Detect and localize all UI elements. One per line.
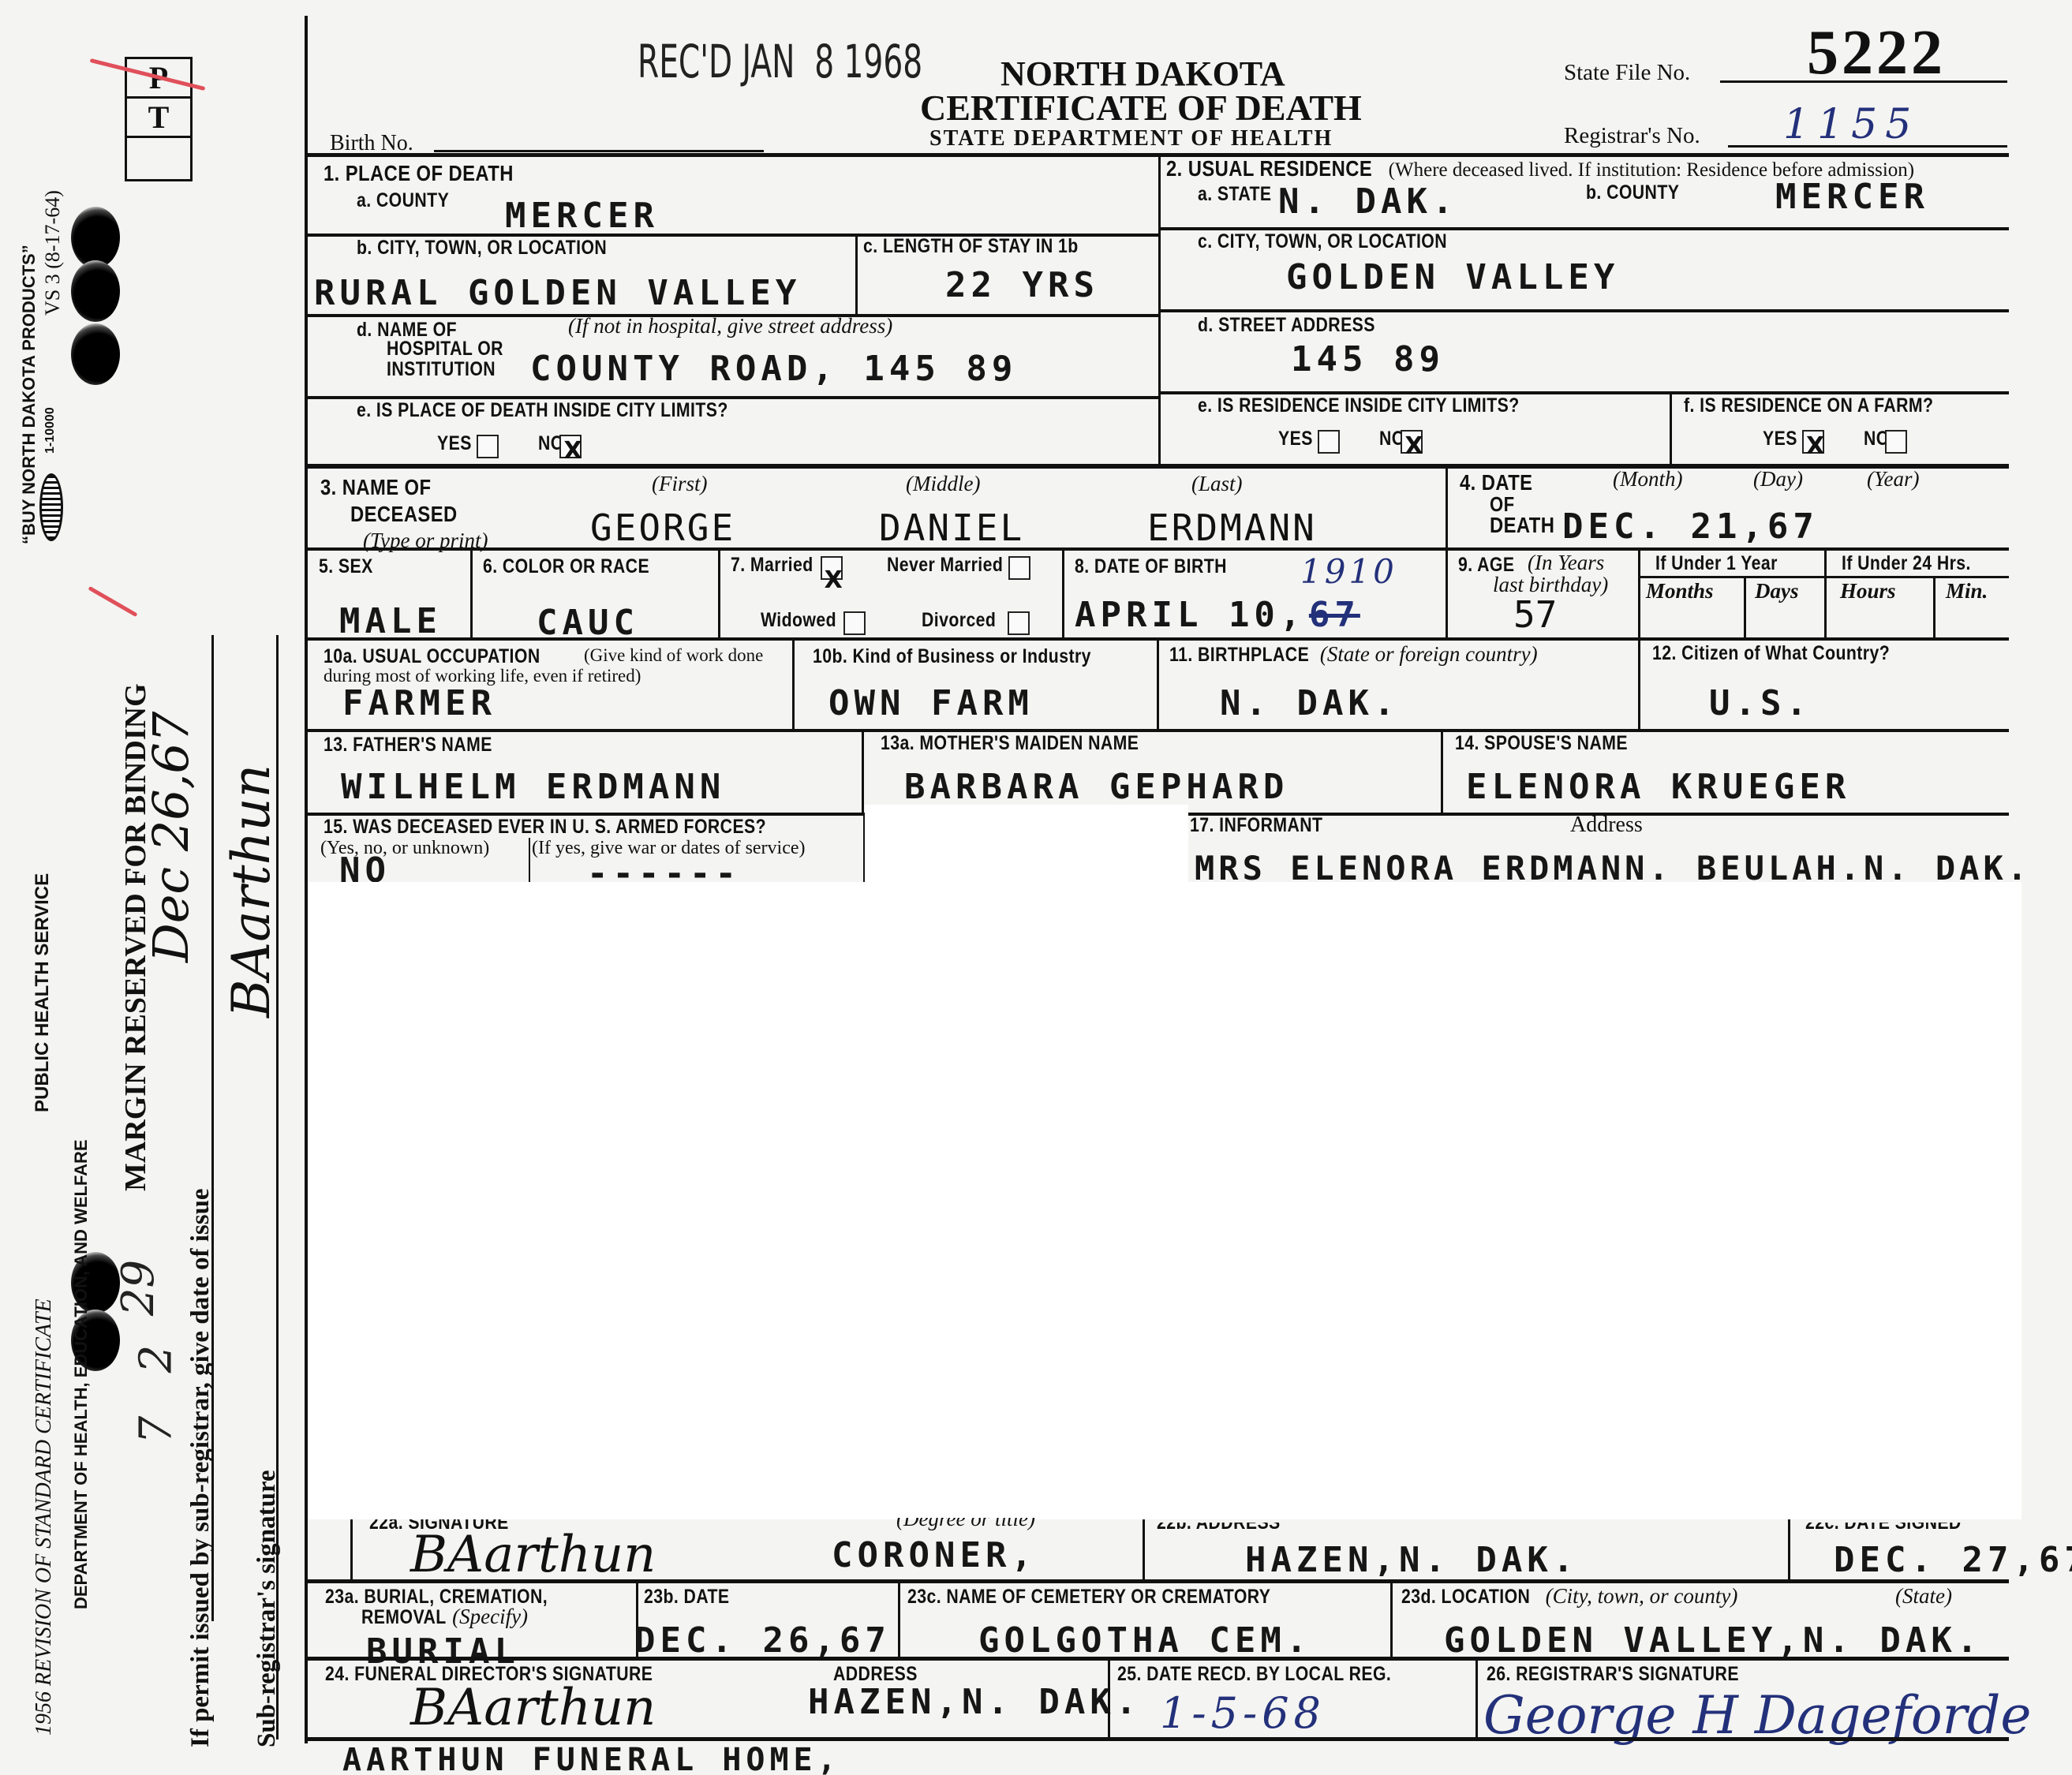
dept-text: DEPARTMENT OF HEALTH, EDUCATION, AND WEL… — [71, 1139, 92, 1609]
form-code: VS 3 (8-17-64) — [41, 190, 65, 316]
mother-value: BARBARA GEPHARD — [904, 767, 1288, 807]
mother-label: 13a. MOTHER'S MAIDEN NAME — [881, 732, 1139, 755]
rule-row-23 — [305, 1579, 2009, 1583]
marital-status-widowed: Widowed — [761, 609, 866, 635]
race-label: 6. COLOR OR RACE — [483, 555, 649, 578]
never-married-checkbox[interactable] — [1008, 556, 1030, 580]
divider-22a-22b — [1143, 1519, 1145, 1581]
rule-under-split — [1638, 576, 2009, 578]
registrar-no-label: Registrar's No. — [1564, 123, 1700, 149]
divider-13a-14 — [1441, 729, 1443, 814]
location-value: GOLDEN VALLEY,N. DAK. — [1444, 1620, 1982, 1661]
ur-inside-yes-checkbox[interactable] — [1318, 430, 1340, 454]
divorced-label: Divorced — [922, 609, 996, 632]
ur-yes-label: YES — [1278, 428, 1313, 450]
first-name-value: GEORGE — [590, 506, 735, 549]
last-name-label: (Last) — [1191, 472, 1243, 496]
pod-city-label: b. CITY, TOWN, OR LOCATION — [357, 237, 607, 260]
certifier-signature: BAarthun — [410, 1526, 656, 1584]
spouse-value: ELENORA KRUEGER — [1466, 767, 1850, 807]
registrar-no-line — [1728, 145, 2007, 148]
pod-city-value: RURAL GOLDEN VALLEY — [314, 273, 801, 313]
dod-month-label: (Month) — [1613, 467, 1682, 491]
birthplace-hint: (State or foreign country) — [1320, 642, 1538, 666]
widowed-label: Widowed — [761, 609, 836, 632]
first-name-label: (First) — [652, 472, 708, 496]
dod-day-label: (Day) — [1753, 467, 1803, 491]
name-label-1: 3. NAME OF — [320, 475, 431, 500]
rule-row-24 — [305, 1657, 2009, 1661]
divider-8-9 — [1446, 547, 1448, 639]
divider-15-service — [529, 838, 530, 882]
dob-value: APRIL 10, 67 — [1075, 595, 1360, 635]
middle-name-label: (Middle) — [906, 472, 980, 496]
father-value: WILHELM ERDMANN — [341, 767, 725, 807]
union-bug-icon — [39, 473, 63, 541]
under-1-year-label: If Under 1 Year — [1655, 552, 1778, 575]
divider-6-7 — [718, 547, 720, 639]
pod-hospital-value: COUNTY ROAD, 145 89 — [530, 349, 1017, 389]
dob-label: 8. DATE OF BIRTH — [1075, 555, 1227, 578]
armed-forces-label: 15. WAS DECEASED EVER IN U. S. ARMED FOR… — [324, 816, 766, 839]
sex-value: MALE — [339, 601, 442, 641]
date-of-death-value: DEC. 21,67 — [1562, 506, 1819, 547]
disposition-label-2-row: REMOVAL (Specify) — [361, 1605, 528, 1629]
divider-2e-2f — [1670, 391, 1672, 467]
ur-inside-city-options: YES NO X — [1278, 428, 1423, 454]
divider-hours-min — [1933, 576, 1935, 639]
middle-name-value: DANIEL — [879, 506, 1024, 549]
pod-hospital-label-2: HOSPITAL OR — [387, 338, 503, 361]
location-label: 23d. LOCATION — [1401, 1586, 1530, 1609]
birthplace-label: 11. BIRTHPLACE — [1169, 644, 1309, 667]
divider-25-26 — [1475, 1658, 1478, 1739]
cemetery-value: GOLGOTHA CEM. — [978, 1620, 1311, 1661]
birthplace-value: N. DAK. — [1220, 683, 1399, 723]
received-stamp: REC'D JAN 8 1968 — [638, 35, 922, 88]
marital-status-divorced: Divorced — [922, 609, 1030, 635]
name-label-2: DECEASED — [350, 502, 458, 527]
ur-farm-yes-label: YES — [1763, 428, 1797, 450]
divider-22-left — [350, 1519, 353, 1581]
certifier-address: HAZEN,N. DAK. — [1245, 1540, 1578, 1580]
location-hint: (City, town, or county) — [1546, 1584, 1738, 1608]
pod-inside-city-options: YES NO X — [437, 432, 582, 458]
never-married-label: Never Married — [887, 554, 1003, 577]
pod-yes-checkbox[interactable] — [477, 435, 499, 458]
punch-hole-2 — [71, 260, 120, 322]
pt-box-empty — [127, 138, 190, 177]
divider-23b-23c — [898, 1581, 900, 1658]
rule-row-13 — [305, 729, 2009, 732]
divider-11-12 — [1638, 637, 1640, 731]
hand-number-7: 7 — [130, 1416, 181, 1444]
occupation-value: FARMER — [342, 683, 496, 723]
phs-text: PUBLIC HEALTH SERVICE — [32, 873, 54, 1112]
citizen-value: U.S. — [1709, 683, 1812, 723]
father-label: 13. FATHER'S NAME — [324, 734, 492, 757]
dob-struck-year: 67 — [1309, 595, 1360, 635]
divider-24-25 — [1108, 1658, 1110, 1739]
months-label: Months — [1646, 579, 1714, 603]
certificate-title: CERTIFICATE OF DEATH — [920, 87, 1362, 129]
pt-box-t: T — [127, 99, 190, 138]
divider-7-8 — [1062, 547, 1064, 639]
cemetery-label: 23c. NAME OF CEMETERY OR CREMATORY — [907, 1586, 1270, 1609]
divider-5-6 — [470, 547, 473, 639]
pod-yes-label: YES — [437, 432, 472, 455]
subreg-signature: BAarthun — [221, 764, 282, 1018]
ur-street-value: 145 89 — [1291, 339, 1445, 379]
disposition-hint: (Specify) — [452, 1605, 528, 1628]
location-header: 23d. LOCATION (City, town, or county) — [1401, 1584, 1737, 1609]
dod-year-label: (Year) — [1867, 467, 1920, 491]
marital-status-never: Never Married — [887, 554, 1030, 580]
dob-typed: APRIL 10, — [1075, 595, 1305, 635]
married-label: 7. Married — [731, 554, 813, 577]
funeral-home-name: AARTHUN FUNERAL HOME, — [342, 1742, 841, 1775]
divorced-checkbox[interactable] — [1008, 611, 1030, 635]
registrar-no-value: 1155 — [1783, 101, 1919, 148]
printer-code: 1-10000 — [43, 407, 58, 454]
rule-bottom — [305, 1737, 2009, 1741]
ur-farm-no-checkbox[interactable] — [1885, 430, 1907, 454]
redacted-region-middle — [865, 805, 1188, 891]
pod-hospital-hint: (If not in hospital, give street address… — [568, 314, 892, 338]
red-check-mark-2 — [88, 586, 137, 617]
local-reg-date: 1-5-68 — [1160, 1688, 1326, 1738]
informant-address-label: Address — [1570, 813, 1643, 838]
funeral-address-value: HAZEN,N. DAK. — [808, 1682, 1141, 1722]
disposition-date-label: 23b. DATE — [644, 1586, 730, 1609]
pod-inside-city-label: e. IS PLACE OF DEATH INSIDE CITY LIMITS? — [357, 399, 728, 422]
state-file-label: State File No. — [1564, 60, 1690, 86]
location-state-hint: (State) — [1895, 1584, 1952, 1609]
citizen-label: 12. Citizen of What Country? — [1652, 642, 1890, 665]
ur-state-label: a. STATE — [1198, 183, 1272, 206]
ur-county-value: MERCER — [1775, 177, 1929, 217]
state-file-number: 5222 — [1807, 17, 1946, 89]
days-label: Days — [1755, 579, 1799, 603]
ur-inside-no-checkbox[interactable]: X — [1401, 430, 1423, 454]
birthplace-header: 11. BIRTHPLACE (State or foreign country… — [1169, 642, 1538, 667]
business-label: 10b. Kind of Business or Industry — [813, 645, 1091, 668]
married-checkbox[interactable]: X — [821, 556, 843, 580]
revision-text: 1956 REVISION OF STANDARD CERTIFICATE — [32, 1299, 57, 1736]
informant-label: 17. INFORMANT — [1190, 814, 1322, 837]
ur-city-value: GOLDEN VALLEY — [1286, 257, 1619, 297]
ur-county-label: b. COUNTY — [1586, 181, 1679, 204]
rule-row-5 — [305, 547, 2009, 551]
ur-farm-label: f. IS RESIDENCE ON A FARM? — [1684, 394, 1933, 417]
registrar-signature-label: 26. REGISTRAR'S SIGNATURE — [1487, 1663, 1739, 1686]
permit-date: Dec 26,67 — [142, 712, 200, 962]
age-hint-1: (In Years — [1528, 551, 1604, 575]
divider-23c-23d — [1390, 1581, 1393, 1658]
widowed-checkbox[interactable] — [843, 611, 866, 635]
pod-county-value: MERCER — [505, 196, 659, 236]
pod-stay-value: 22 YRS — [945, 265, 1099, 305]
birth-no-line — [434, 150, 764, 152]
min-label: Min. — [1946, 579, 1988, 603]
place-of-death-label: 1. PLACE OF DEATH — [324, 161, 514, 186]
punch-hole-3 — [71, 323, 120, 385]
divider-22b-22c — [1788, 1519, 1790, 1581]
divider-1b-1c — [855, 234, 858, 316]
divider-9-under1 — [1638, 547, 1640, 639]
margin-rule-1 — [211, 635, 214, 1621]
dod-label-3: DEATH — [1490, 513, 1554, 538]
margin-rule-2 — [276, 635, 279, 1739]
pod-stay-label: c. LENGTH OF STAY IN 1b — [863, 235, 1079, 258]
department-title: STATE DEPARTMENT OF HEALTH — [929, 126, 1333, 151]
redacted-region — [308, 882, 2022, 1519]
divider-10b-11 — [1157, 637, 1159, 731]
certifier-title: CORONER, — [832, 1535, 1037, 1575]
divider-13-13a — [862, 729, 864, 814]
date-signed-value: DEC. 27,67 — [1834, 1540, 2072, 1580]
divider-under1-under24 — [1824, 547, 1827, 639]
occupation-hint: (Give kind of work done during most of w… — [324, 645, 789, 686]
disposition-label-2: REMOVAL — [361, 1606, 447, 1629]
pod-hospital-label-3: INSTITUTION — [387, 358, 496, 381]
dob-hand-year: 1910 — [1300, 552, 1397, 591]
hours-label: Hours — [1840, 579, 1896, 603]
business-value: OWN FARM — [828, 683, 1034, 723]
pod-county-label: a. COUNTY — [357, 189, 449, 212]
divider-months-days — [1744, 576, 1746, 639]
sex-label: 5. SEX — [319, 555, 373, 578]
under-24-hrs-label: If Under 24 Hrs. — [1842, 552, 1971, 575]
ur-inside-city-label: e. IS RESIDENCE INSIDE CITY LIMITS? — [1198, 394, 1520, 417]
hand-number-2: 2 — [130, 1345, 181, 1373]
ur-city-label: c. CITY, TOWN, OR LOCATION — [1198, 230, 1447, 253]
ur-state-value: N. DAK. — [1278, 181, 1457, 222]
state-file-line — [1720, 80, 2007, 83]
hand-number-29: 29 — [113, 1260, 164, 1316]
usual-residence-label: 2. USUAL RESIDENCE — [1166, 156, 1372, 181]
last-name-value: ERDMANN — [1147, 506, 1317, 549]
ur-farm-yes-checkbox[interactable]: X — [1802, 430, 1824, 454]
rule-2c — [1158, 309, 2009, 312]
spouse-label: 14. SPOUSE'S NAME — [1455, 732, 1628, 755]
marital-status-married: 7. Married X — [731, 554, 843, 580]
age-value: 57 — [1513, 593, 1557, 636]
funeral-signature: BAarthun — [410, 1679, 656, 1737]
local-reg-label: 25. DATE RECD. BY LOCAL REG. — [1117, 1663, 1391, 1686]
punch-hole-1 — [71, 207, 120, 268]
pod-no-checkbox[interactable]: X — [559, 435, 582, 458]
ur-farm-options: YES X NO — [1763, 428, 1907, 454]
ur-street-label: d. STREET ADDRESS — [1198, 314, 1375, 337]
disposition-date-value: DEC. 26,67 — [634, 1620, 891, 1661]
buy-nd-text: “BUY NORTH DAKOTA PRODUCTS” — [19, 245, 39, 544]
divider-10a-10b — [792, 637, 795, 731]
